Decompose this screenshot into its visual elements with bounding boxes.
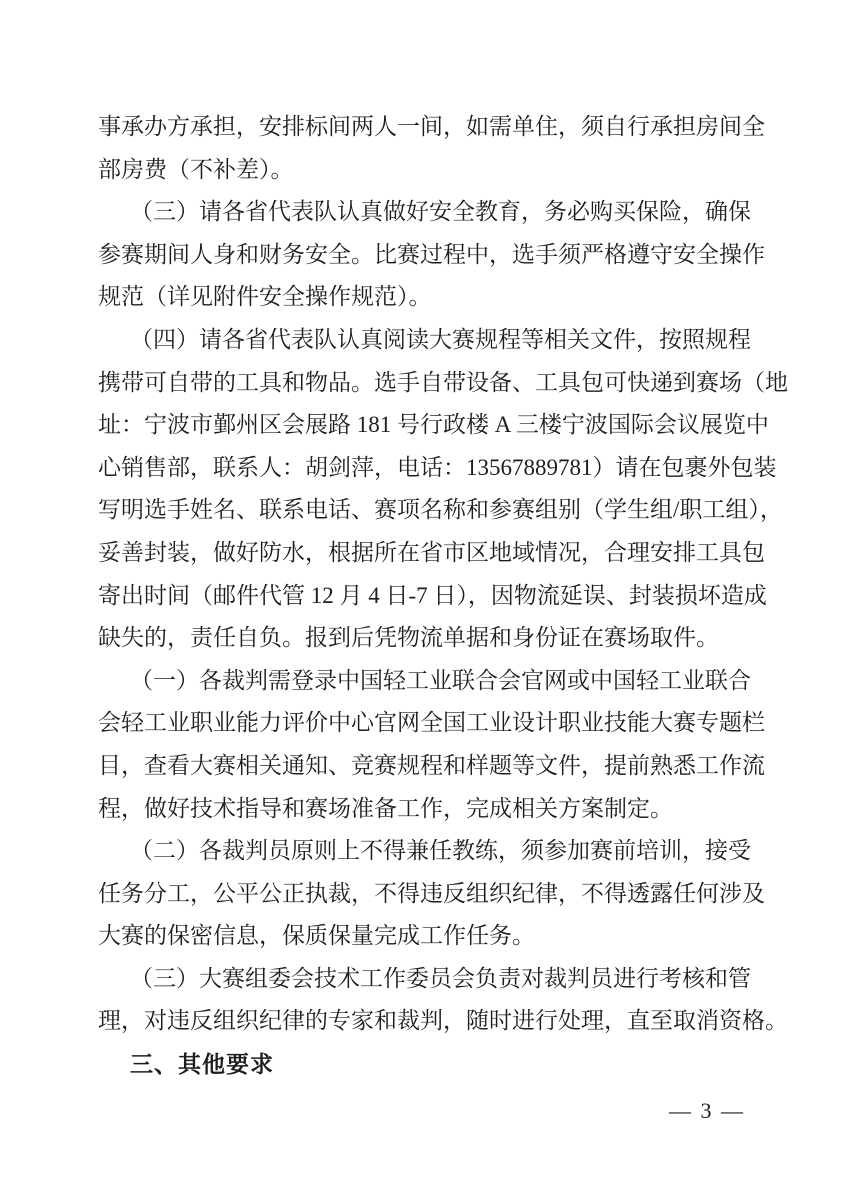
text-line: 事承办方承担，安排标间两人一间，如需单住，须自行承担房间全: [98, 106, 750, 149]
text-line: 妥善封装，做好防水，根据所在省市区地域情况，合理安排工具包: [98, 532, 750, 575]
text-line: 目，查看大赛相关通知、竞赛规程和样题等文件，提前熟悉工作流: [98, 745, 750, 788]
text-line: （四）请各省代表队认真阅读大赛规程等相关文件，按照规程: [98, 319, 750, 362]
text-line: 参赛期间人身和财务安全。比赛过程中，选手须严格遵守安全操作: [98, 234, 750, 277]
text-line: 心销售部，联系人：胡剑萍，电话：13567889781）请在包裹外包装: [98, 447, 750, 490]
text-line: 部房费（不补差）。: [98, 149, 750, 192]
text-line: （二）各裁判员原则上不得兼任教练，须参加赛前培训，接受: [98, 830, 750, 873]
text-line: 大赛的保密信息，保质保量完成工作任务。: [98, 915, 750, 958]
document-page: 事承办方承担，安排标间两人一间，如需单住，须自行承担房间全部房费（不补差）。（三…: [0, 0, 848, 1200]
text-line: 规范（详见附件安全操作规范）。: [98, 276, 750, 319]
text-line: 理，对违反组织纪律的专家和裁判，随时进行处理，直至取消资格。: [98, 1000, 750, 1043]
text-line: 程，做好技术指导和赛场准备工作，完成相关方案制定。: [98, 788, 750, 831]
text-line: 寄出时间（邮件代管 12 月 4 日-7 日），因物流延误、封装损坏造成: [98, 575, 750, 618]
section-heading: 三、其他要求: [98, 1043, 750, 1086]
text-line: 写明选手姓名、联系电话、赛项名称和参赛组别（学生组/职工组），: [98, 489, 750, 532]
text-line: （三）请各省代表队认真做好安全教育，务必购买保险，确保: [98, 191, 750, 234]
text-line: （三）大赛组委会技术工作委员会负责对裁判员进行考核和管: [98, 958, 750, 1001]
text-line: 任务分工，公平公正执裁，不得违反组织纪律，不得透露任何涉及: [98, 873, 750, 916]
text-line: 缺失的，责任自负。报到后凭物流单据和身份证在赛场取件。: [98, 617, 750, 660]
page-number: — 3 —: [669, 1094, 745, 1128]
text-line: 址：宁波市鄞州区会展路 181 号行政楼 A 三楼宁波国际会议展览中: [98, 404, 750, 447]
text-line: 携带可自带的工具和物品。选手自带设备、工具包可快递到赛场（地: [98, 362, 750, 405]
text-line: （一）各裁判需登录中国轻工业联合会官网或中国轻工业联合: [98, 660, 750, 703]
text-line: 会轻工业职业能力评价中心官网全国工业设计职业技能大赛专题栏: [98, 702, 750, 745]
document-body: 事承办方承担，安排标间两人一间，如需单住，须自行承担房间全部房费（不补差）。（三…: [98, 106, 750, 1086]
